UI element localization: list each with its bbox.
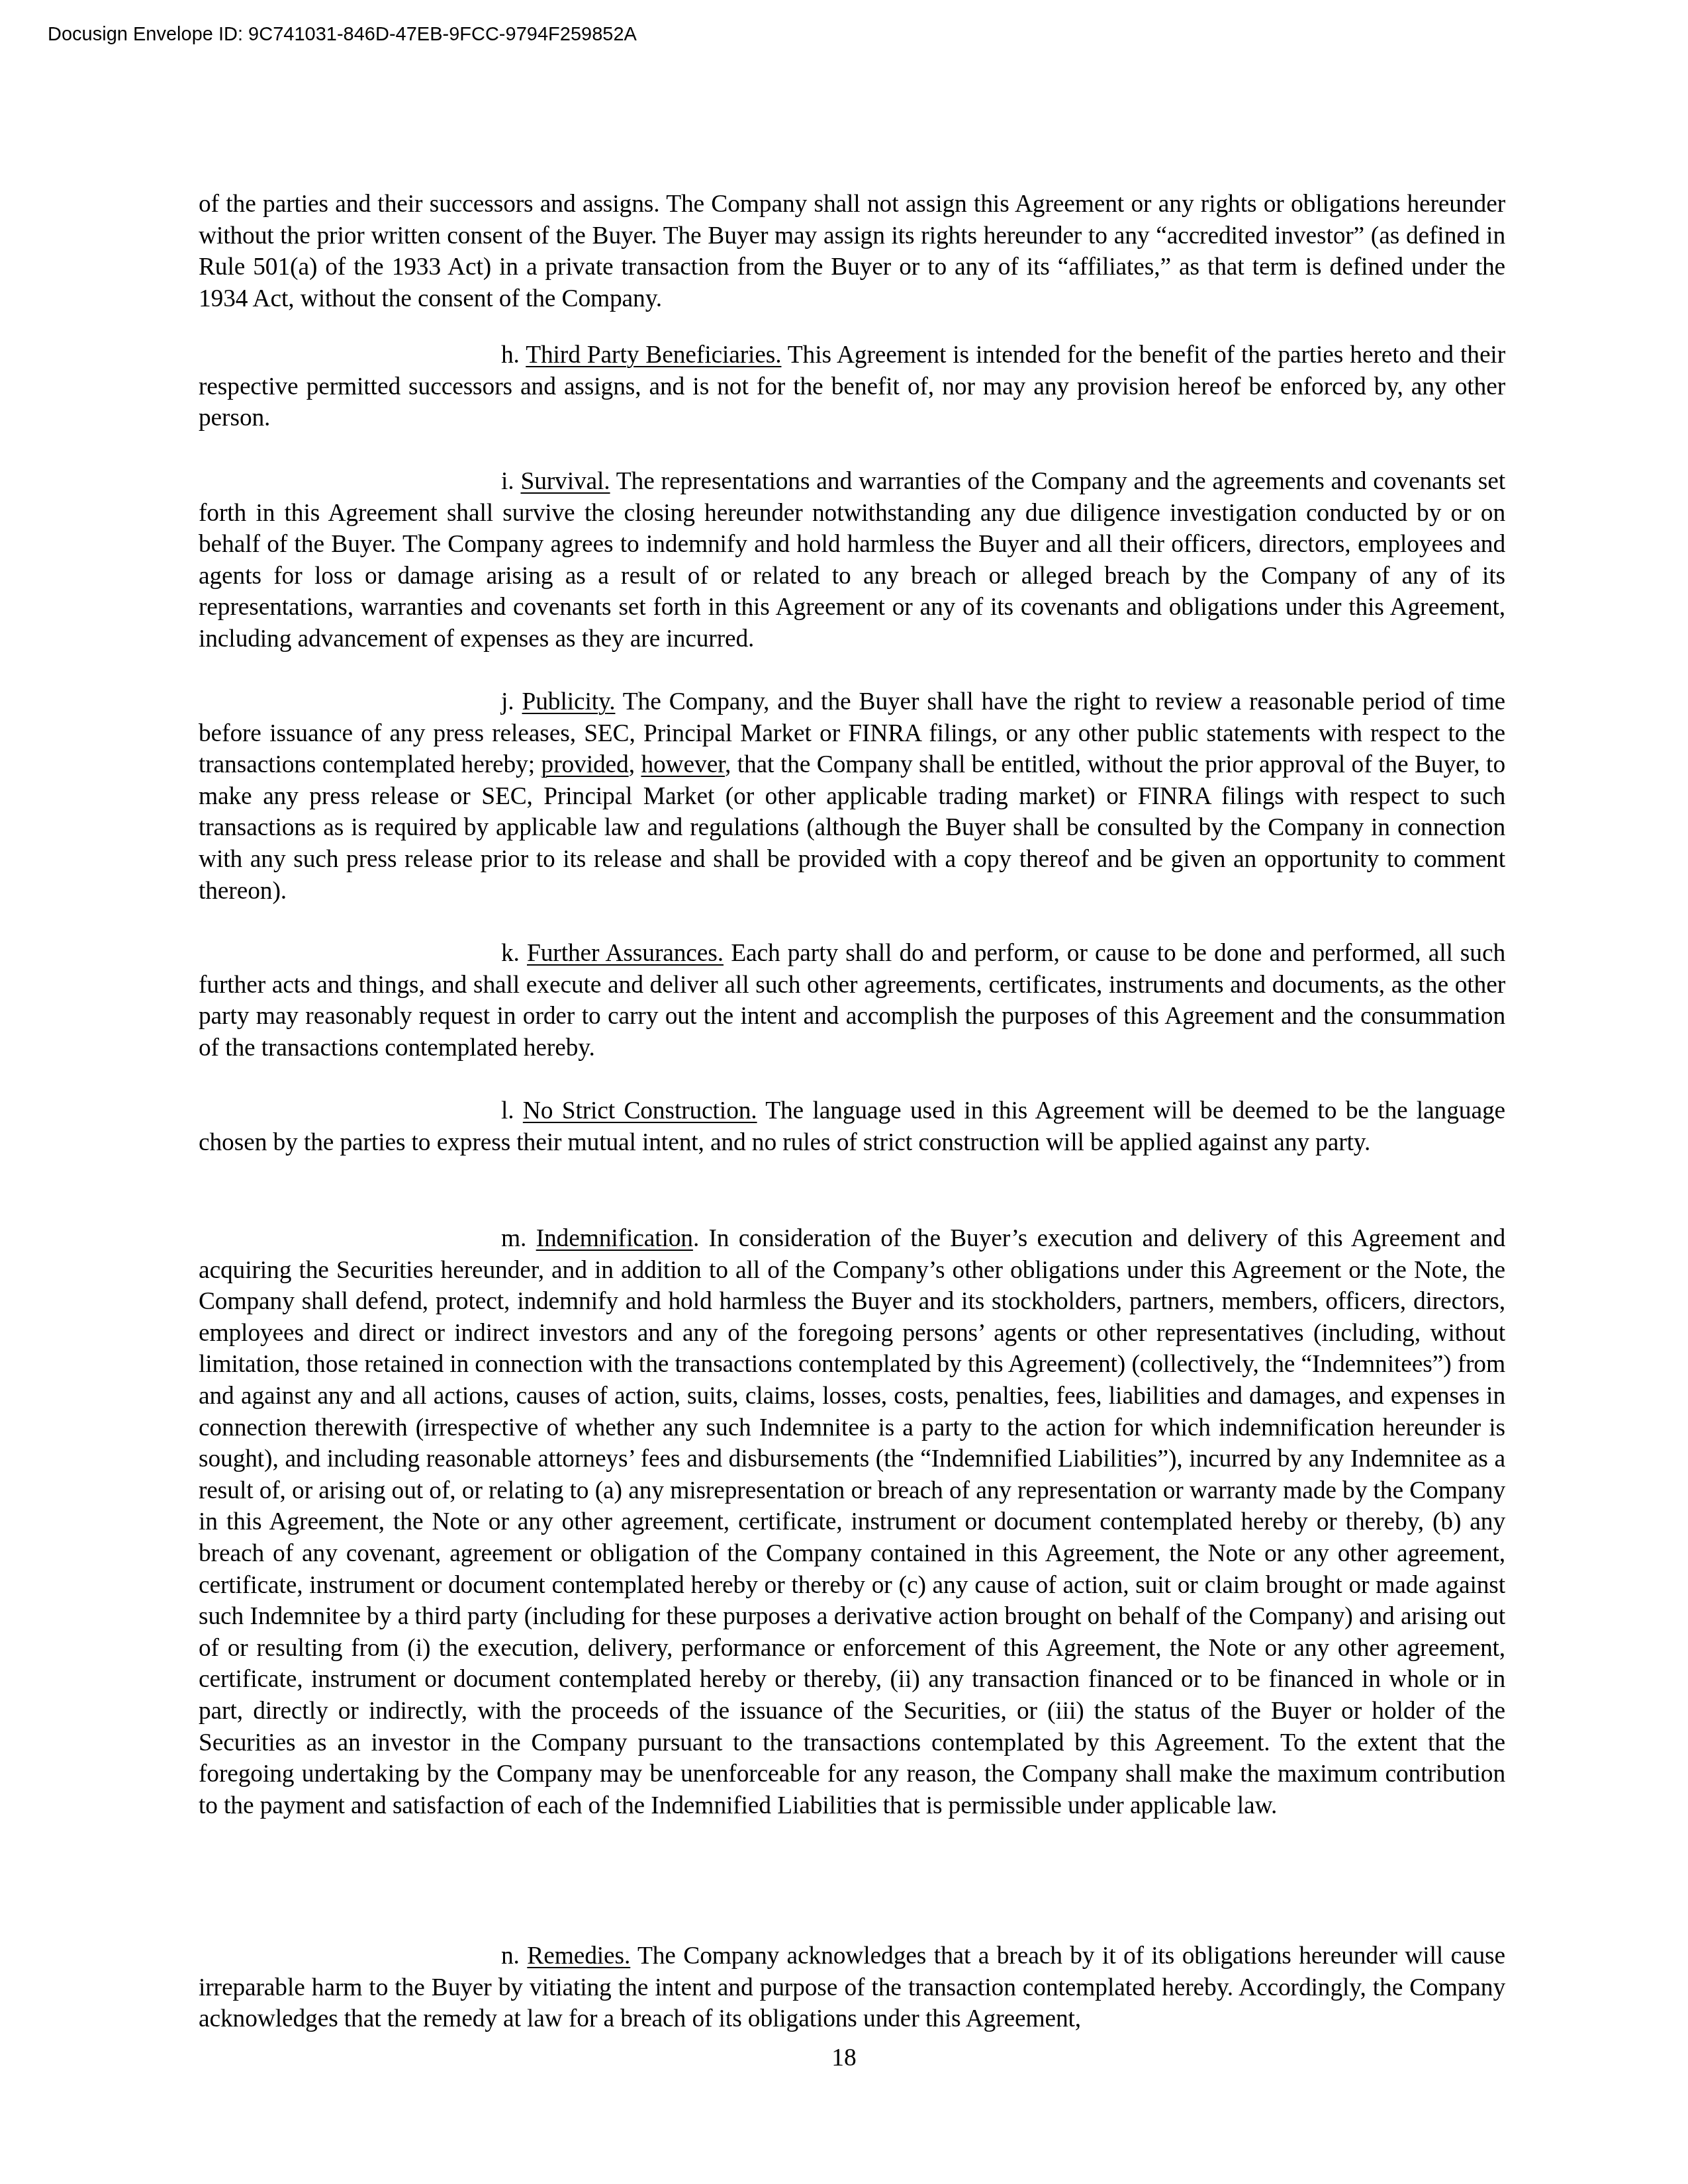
section-n-remedies: n. Remedies. The Company acknowledges th…	[199, 1940, 1505, 2035]
section-i-text: The representations and warranties of th…	[199, 468, 1505, 653]
section-g-continuation: of the parties and their successors and …	[199, 189, 1505, 314]
section-k-letter: k.	[501, 940, 520, 967]
section-h-third-party-beneficiaries: h. Third Party Beneficiaries. This Agree…	[199, 340, 1505, 434]
however-term: however	[641, 751, 725, 778]
section-j-publicity: j. Publicity. The Company, and the Buyer…	[199, 686, 1505, 907]
section-g-text: of the parties and their successors and …	[199, 191, 1505, 312]
section-m-text: . In consideration of the Buyer’s execut…	[199, 1225, 1505, 1819]
docusign-envelope-id: Docusign Envelope ID: 9C741031-846D-47EB…	[48, 24, 637, 46]
section-k-heading: Further Assurances.	[527, 940, 724, 967]
section-m-indemnification: m. Indemnification. In consideration of …	[199, 1223, 1505, 1821]
section-l-text: The language used in this Agreement will…	[199, 1097, 1505, 1156]
section-l-letter: l.	[501, 1097, 514, 1124]
section-l-heading: No Strict Construction.	[523, 1097, 757, 1124]
section-h-text: This Agreement is intended for the benef…	[199, 341, 1505, 432]
section-i-survival: i. Survival. The representations and war…	[199, 466, 1505, 655]
section-j-letter: j.	[501, 688, 514, 715]
section-h-heading: Third Party Beneficiaries.	[526, 341, 781, 369]
section-h-letter: h.	[501, 341, 520, 369]
section-k-text: Each party shall do and perform, or caus…	[199, 940, 1505, 1062]
section-k-further-assurances: k. Further Assurances. Each party shall …	[199, 938, 1505, 1064]
section-i-letter: i.	[501, 468, 514, 495]
section-n-text: The Company acknowledges that a breach b…	[199, 1942, 1505, 2032]
section-m-heading: Indemnification	[536, 1225, 693, 1252]
comma: ,	[629, 751, 641, 778]
section-n-heading: Remedies.	[527, 1942, 630, 1970]
section-m-letter: m.	[501, 1225, 526, 1252]
page-number: 18	[0, 2044, 1688, 2072]
section-n-letter: n.	[501, 1942, 520, 1970]
section-l-no-strict-construction: l. No Strict Construction. The language …	[199, 1095, 1505, 1158]
section-i-heading: Survival.	[520, 468, 610, 495]
provided-term: provided	[541, 751, 629, 778]
section-j-heading: Publicity.	[522, 688, 616, 715]
